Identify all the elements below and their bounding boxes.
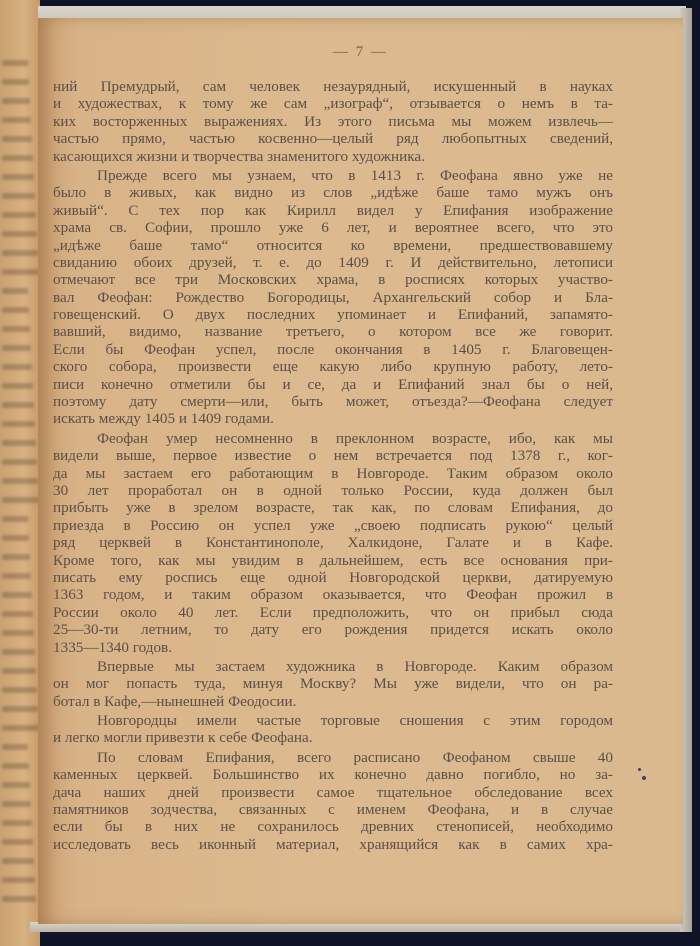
paragraph-gap [53,853,613,855]
previous-page-ghost-text [2,706,38,712]
previous-page-ghost-text [2,763,29,769]
previous-page-ghost-text [2,858,34,864]
text-line: поэтому дату смерти—или, быть может, отъ… [53,393,613,410]
paragraph: По словам Епифания, всего расписано Феоф… [53,749,613,853]
previous-page-ghost-text [2,478,38,484]
previous-page-ghost-text [2,402,34,408]
text-line: Впервые мы застаем художника в Новгороде… [53,658,613,675]
paragraph: Новгородцы имели частые торговые сношени… [53,712,613,747]
previous-page-ghost-text [2,535,29,541]
text-line: писи конечно отметили бы и се, да и Епиф… [53,376,613,393]
previous-page-ghost-text [2,193,35,199]
text-line: каменных церквей. Большинство их конечно… [53,766,613,783]
text-line: было в живых, как видно из слов „идѣже б… [53,184,613,201]
text-line: России около 40 лет. Если предположить, … [53,604,613,621]
text-line: По словам Епифания, всего расписано Феоф… [53,749,613,766]
text-line: ний Премудрый, сам человек незаурядный, … [53,78,613,95]
previous-page-ghost-text [2,497,39,503]
text-line: Если бы Феофан успел, после окончания в … [53,341,613,358]
text-line: 1335—1340 годов. [53,639,613,656]
paragraph: Прежде всего мы узнаем, что в 1413 г. Фе… [53,167,613,428]
previous-page-ghost-text [2,744,28,750]
ink-speck [642,776,646,780]
text-line: он мог попасть туда, минуя Москву? Мы уж… [53,675,613,692]
previous-page-ghost-text [2,98,30,104]
text-line: дача наших дней произвести самое тщатель… [53,784,613,801]
previous-page-ghost-text [2,383,33,389]
previous-page-ghost-text [2,668,36,674]
text-line: видели выше, первое известие о нем встре… [53,447,613,464]
text-line: касающихся жизни и творчества знаменитог… [53,148,613,165]
text-line: свиданию обоих друзей, т. е. до 1409 г. … [53,254,613,271]
text-line: Новгородцы имели частые торговые сношени… [53,712,613,729]
previous-page-edge [0,0,40,946]
text-line: отмечают все три Московских храма, в рос… [53,271,613,288]
text-line: Феофан умер несомненно в преклонном возр… [53,430,613,447]
previous-page-ghost-text [2,592,32,598]
previous-page-ghost-text [2,573,31,579]
previous-page-ghost-text [2,345,31,351]
previous-page-ghost-text [2,326,30,332]
text-line: приезда в Россию он успел уже „своею под… [53,517,613,534]
previous-page-ghost-text [2,820,32,826]
previous-page-ghost-text [2,79,29,85]
text-line: и легко могли привезти к себе Феофана. [53,729,613,746]
text-line: „идѣже баше тамо“ относится ко времени, … [53,237,613,254]
previous-page-ghost-text [2,839,33,845]
text-line: искать между 1405 и 1409 годами. [53,410,613,427]
text-line: 30 лет проработал он в одной только Росс… [53,482,613,499]
text-line: ких восторженных выражениях. Из этого пи… [53,113,613,130]
text-line: ского собора, произвести еще какую либо … [53,358,613,375]
previous-page-ghost-text [2,155,33,161]
text-line: храма св. Софии, прошло уже 6 лет, и вер… [53,219,613,236]
previous-page-ghost-text [2,611,33,617]
scanned-book-photo: — 7 — ний Премудрый, сам человек незауря… [0,0,700,946]
previous-page-ghost-text [2,459,37,465]
previous-page-ghost-text [2,896,36,902]
previous-page-ghost-text [2,877,35,883]
previous-page-ghost-text [2,117,31,123]
previous-page-ghost-text [2,269,39,275]
previous-page-ghost-text [2,649,35,655]
previous-page-ghost-text [2,630,34,636]
text-line: да мы застаем его работающим в Новгороде… [53,465,613,482]
previous-page-ghost-text [2,725,39,731]
previous-page-ghost-text [2,174,34,180]
previous-page-ghost-text [2,440,36,446]
text-line: ботал в Кафе,—нынешней Феодосии. [53,693,613,710]
paragraph: Впервые мы застаем художника в Новгороде… [53,658,613,710]
text-line: 1363 годом, и таким образом оказывается,… [53,586,613,603]
ink-speck [638,768,641,771]
previous-page-ghost-text [2,288,28,294]
previous-page-ghost-text [2,516,28,522]
previous-page-ghost-text [2,554,30,560]
text-line: вал Феофан: Рождество Богородицы, Арханг… [53,289,613,306]
previous-page-ghost-text [2,136,32,142]
page-number: — 7 — [38,44,683,61]
text-line: 25—30-ти летним, то дату его рождения пр… [53,621,613,638]
previous-page-ghost-text [2,212,36,218]
body-text: ний Премудрый, сам человек незаурядный, … [53,78,613,855]
previous-page-ghost-text [2,60,28,66]
text-line: если бы в них не сохранилось древних сте… [53,818,613,835]
book-page: — 7 — ний Премудрый, сам человек незауря… [38,18,683,924]
text-line: говещенский. О двух последних упоминает … [53,306,613,323]
paragraph: Феофан умер несомненно в преклонном возр… [53,430,613,656]
text-line: памятников зодчества, связанных с именем… [53,801,613,818]
text-line: ряд церквей в Константинополе, Халкидоне… [53,534,613,551]
previous-page-ghost-text [2,687,37,693]
text-line: вавший, видимо, название третьего, о кот… [53,323,613,340]
text-line: прибыть уже в зрелом возрасте, так как, … [53,499,613,516]
previous-page-ghost-text [2,364,32,370]
text-line: писать ему роспись еще одной Новгородско… [53,569,613,586]
previous-page-ghost-text [2,250,38,256]
previous-page-ghost-text [2,307,29,313]
text-line: исследовать весь иконный материал, храня… [53,836,613,853]
text-line: Прежде всего мы узнаем, что в 1413 г. Фе… [53,167,613,184]
text-line: живый“. С тех пор как Кирилл видел у Епи… [53,202,613,219]
previous-page-ghost-text [2,782,30,788]
previous-page-ghost-text [2,231,37,237]
text-line: Кроме того, как мы увидим в дальнейшем, … [53,552,613,569]
previous-page-ghost-text [2,421,35,427]
paragraph: ний Премудрый, сам человек незаурядный, … [53,78,613,165]
previous-page-ghost-text [2,801,31,807]
text-line: частью прямо, частью косвенно—целый ряд … [53,130,613,147]
text-line: и художествах, к тому же сам „изограф“, … [53,95,613,112]
